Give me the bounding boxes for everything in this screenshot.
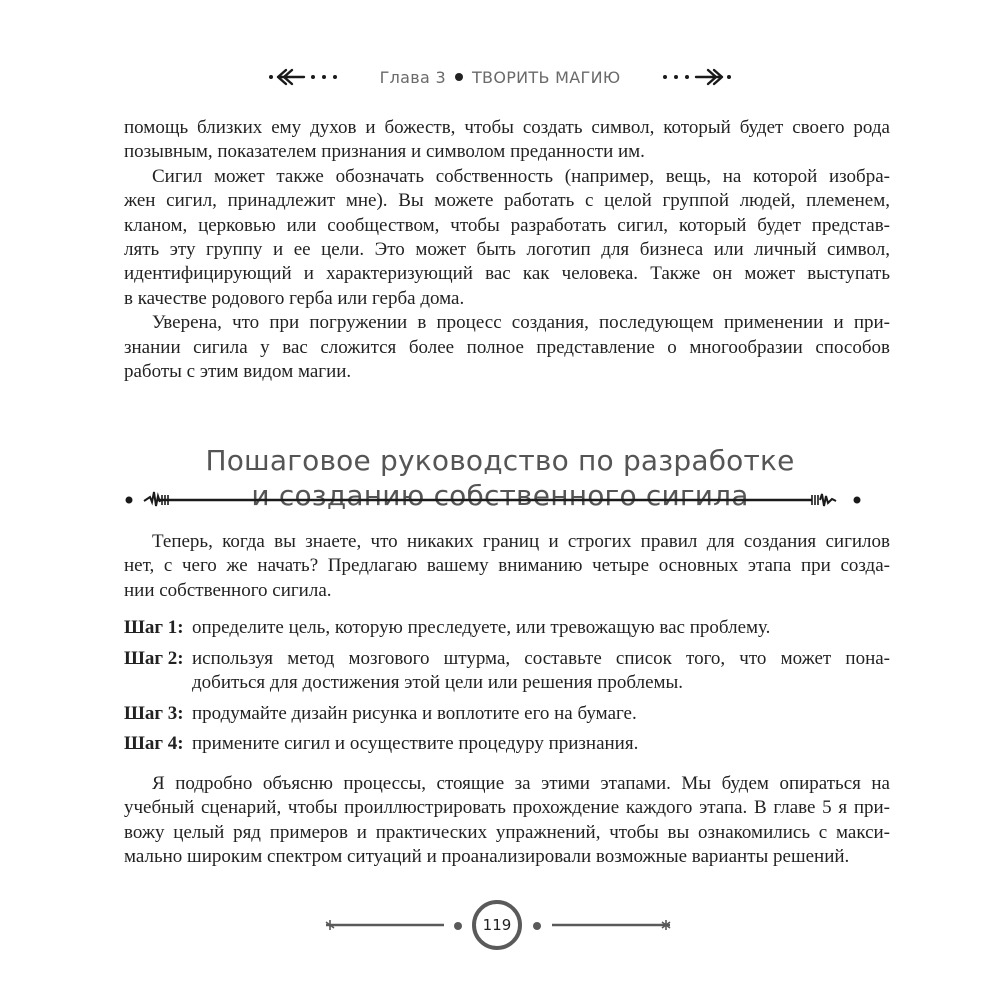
step-item: Шаг 2:используя метод мозгового штурма, …	[124, 647, 890, 696]
text-line: мально широким спектром ситуаций и проан…	[124, 845, 890, 869]
arrow-left-ornament-icon	[268, 67, 342, 87]
text-line: позывным, показателем признания и символ…	[124, 140, 890, 164]
page-footer: 119	[320, 895, 680, 955]
step-label: Шаг 3:	[124, 702, 192, 727]
text-line: Сигил может также обозначать собственнос…	[124, 165, 890, 189]
text-line: знании сигила у вас сложится более полно…	[124, 336, 890, 360]
text-line: лять эту группу и ее цели. Это может быт…	[124, 238, 890, 262]
decorative-divider	[120, 486, 880, 512]
step-text: определите цель, которую преследуете, ил…	[192, 616, 890, 641]
step-label: Шаг 2:	[124, 647, 192, 696]
arrow-right-ornament-icon	[658, 67, 732, 87]
paragraph: Я подробно объясню процессы, стоящие за …	[124, 772, 890, 870]
step-label: Шаг 1:	[124, 616, 192, 641]
step-text: примените сигил и осуществите процедуру …	[192, 732, 890, 757]
paragraph: Сигил может также обозначать собственнос…	[124, 165, 890, 311]
chapter-title: ТВОРИТЬ МАГИЮ	[472, 68, 620, 87]
steps-list: Шаг 1:определите цель, которую преследуе…	[124, 616, 890, 763]
text-line: в качестве родового герба или герба дома…	[124, 287, 890, 311]
step-text: используя метод мозгового штурма, состав…	[192, 647, 890, 696]
text-line: примените сигил и осуществите процедуру …	[192, 732, 890, 757]
body-text-block-1: помощь близких ему духов и божеств, чтоб…	[124, 116, 890, 384]
text-line: Уверена, что при погружении в процесс со…	[124, 311, 890, 335]
text-line: продумайте дизайн рисунка и воплотите ег…	[192, 702, 890, 727]
section-heading-line-1: Пошаговое руководство по разработке	[205, 444, 794, 477]
text-line: Я подробно объясню процессы, стоящие за …	[124, 772, 890, 796]
separator-dot	[455, 73, 463, 81]
body-text-block-3: Я подробно объясню процессы, стоящие за …	[124, 772, 890, 870]
step-label: Шаг 4:	[124, 732, 192, 757]
text-line: учебный сценарий, чтобы проиллюстрироват…	[124, 796, 890, 820]
text-line: вожу целый ряд примеров и практических у…	[124, 821, 890, 845]
text-line: идентифицирующий и характеризующий вас к…	[124, 262, 890, 286]
book-page: Глава 3 ТВОРИТЬ МАГИЮ помощь близких ему…	[0, 0, 1000, 1000]
step-text: продумайте дизайн рисунка и воплотите ег…	[192, 702, 890, 727]
paragraph: Теперь, когда вы знаете, что никаких гра…	[124, 530, 890, 603]
text-line: жен сигил, принадлежит мне). Вы можете р…	[124, 189, 890, 213]
page-number: 119	[472, 900, 522, 950]
text-line: помощь близких ему духов и божеств, чтоб…	[124, 116, 890, 140]
paragraph: помощь близких ему духов и божеств, чтоб…	[124, 116, 890, 165]
text-line: определите цель, которую преследуете, ил…	[192, 616, 890, 641]
running-header: Глава 3 ТВОРИТЬ МАГИЮ	[0, 64, 1000, 90]
step-item: Шаг 3:продумайте дизайн рисунка и воплот…	[124, 702, 890, 727]
chapter-label: Глава 3	[380, 68, 446, 87]
text-line: Теперь, когда вы знаете, что никаких гра…	[124, 530, 890, 554]
step-item: Шаг 4:примените сигил и осуществите проц…	[124, 732, 890, 757]
text-line: работы с этим видом магии.	[124, 360, 890, 384]
text-line: добиться для достижения этой цели или ре…	[192, 671, 890, 696]
text-line: используя метод мозгового штурма, состав…	[192, 647, 890, 672]
text-line: нии собственного сигила.	[124, 579, 890, 603]
paragraph: Уверена, что при погружении в процесс со…	[124, 311, 890, 384]
text-line: кланом, церковью или сообществом, чтобы …	[124, 214, 890, 238]
text-line: нет, с чего же начать? Предлагаю вашему …	[124, 554, 890, 578]
body-text-block-2: Теперь, когда вы знаете, что никаких гра…	[124, 530, 890, 603]
step-item: Шаг 1:определите цель, которую преследуе…	[124, 616, 890, 641]
